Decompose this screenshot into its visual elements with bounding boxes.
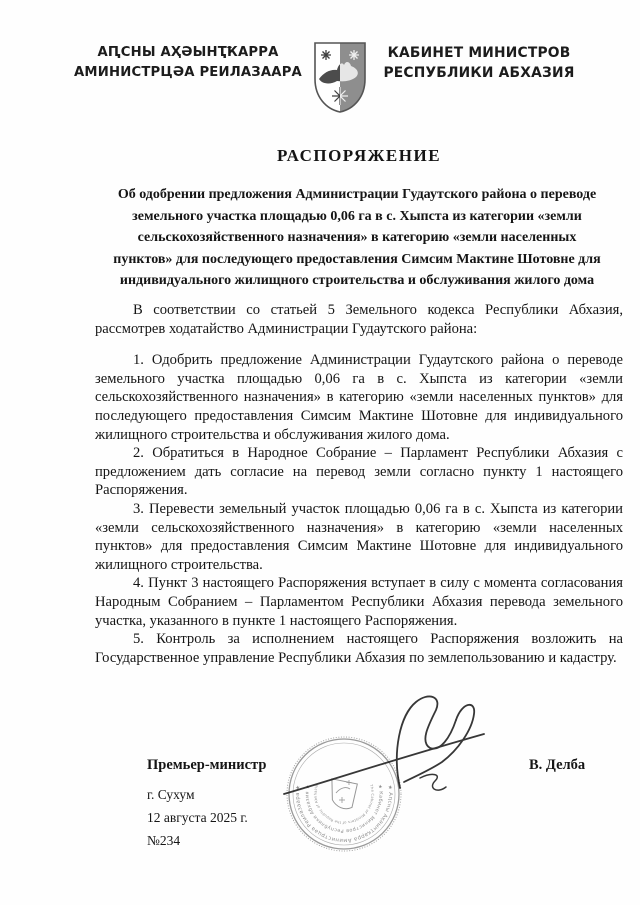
issue-city: г. Сухум	[147, 787, 195, 803]
signer-position: Премьер-министр	[147, 757, 266, 774]
intro-paragraph: В соответствии со статьей 5 Земельного к…	[95, 301, 623, 338]
decree-items: 1. Одобрить предложение Администрации Гу…	[95, 351, 623, 667]
signer-name: В. Делба	[529, 757, 585, 774]
org-name-russian: КАБИНЕТ МИНИСТРОВ РЕСПУБЛИКИ АБХАЗИЯ	[372, 43, 586, 83]
decree-item: 3. Перевести земельный участок площадью …	[95, 500, 623, 574]
org-name-abkhaz-line1: АԤСНЫ АҲӘЫНҬҞАРРА	[72, 43, 304, 63]
issue-date: 12 августа 2025 г.	[147, 810, 248, 826]
decree-item: 4. Пункт 3 настоящего Распоряжения вступ…	[95, 574, 623, 630]
decree-item: 1. Одобрить предложение Администрации Гу…	[95, 351, 623, 444]
org-name-abkhaz-line2: АМИНИСТРЦӘА РЕИЛАЗААРА	[72, 63, 304, 83]
org-name-abkhaz: АԤСНЫ АҲӘЫНҬҞАРРА АМИНИСТРЦӘА РЕИЛАЗААРА	[72, 43, 304, 83]
document-subject: Об одобрении предложения Администрации Г…	[107, 184, 607, 292]
document-page: АԤСНЫ АҲӘЫНҬҞАРРА АМИНИСТРЦӘА РЕИЛАЗААРА	[0, 0, 640, 905]
handwritten-signature	[270, 688, 510, 823]
org-name-russian-line2: РЕСПУБЛИКИ АБХАЗИЯ	[372, 63, 586, 83]
document-title: РАСПОРЯЖЕНИЕ	[95, 146, 623, 166]
decree-item: 5. Контроль за исполнением настоящего Ра…	[95, 630, 623, 667]
coat-of-arms-icon	[311, 39, 369, 115]
document-body: В соответствии со статьей 5 Земельного к…	[95, 301, 623, 667]
decree-item: 2. Обратиться в Народное Собрание – Парл…	[95, 444, 623, 500]
org-name-russian-line1: КАБИНЕТ МИНИСТРОВ	[372, 43, 586, 63]
document-number: №234	[147, 833, 180, 849]
